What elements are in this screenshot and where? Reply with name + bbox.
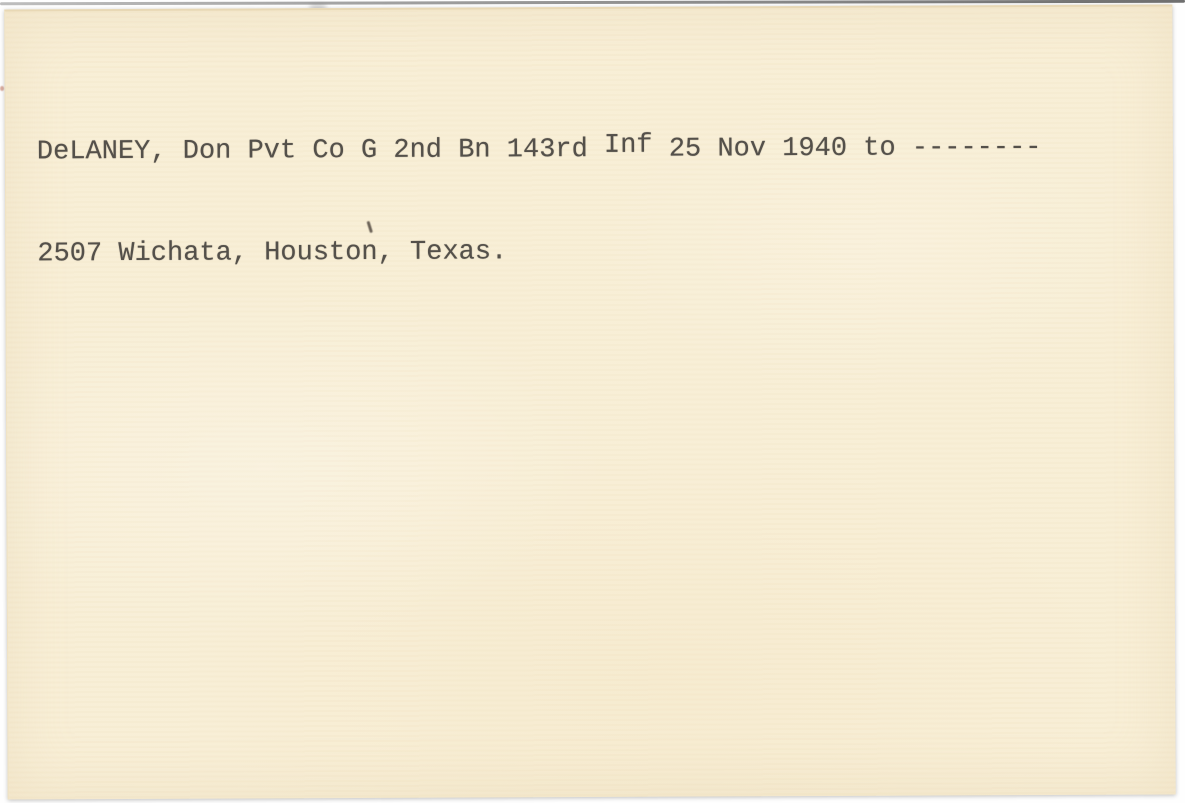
scanned-page: DeLANEY, Don Pvt Co G 2nd Bn 143rd Inf 2… — [0, 0, 1185, 803]
left-margin-speck — [0, 86, 4, 91]
index-card: DeLANEY, Don Pvt Co G 2nd Bn 143rd Inf 2… — [4, 4, 1175, 799]
typewritten-line-2-address: 2507 Wichata, Houston, Texas. — [37, 233, 1042, 271]
line1-date-text: 25 Nov 1940 to -------- — [653, 133, 1042, 165]
typewritten-text-block: DeLANEY, Don Pvt Co G 2nd Bn 143rd Inf 2… — [37, 63, 1043, 339]
line1-raised-inf-text: Inf — [604, 129, 653, 163]
typewritten-line-1: DeLANEY, Don Pvt Co G 2nd Bn 143rd Inf 2… — [37, 131, 1042, 169]
line1-name-unit-text: DeLANEY, Don Pvt Co G 2nd Bn 143rd — [37, 135, 604, 167]
